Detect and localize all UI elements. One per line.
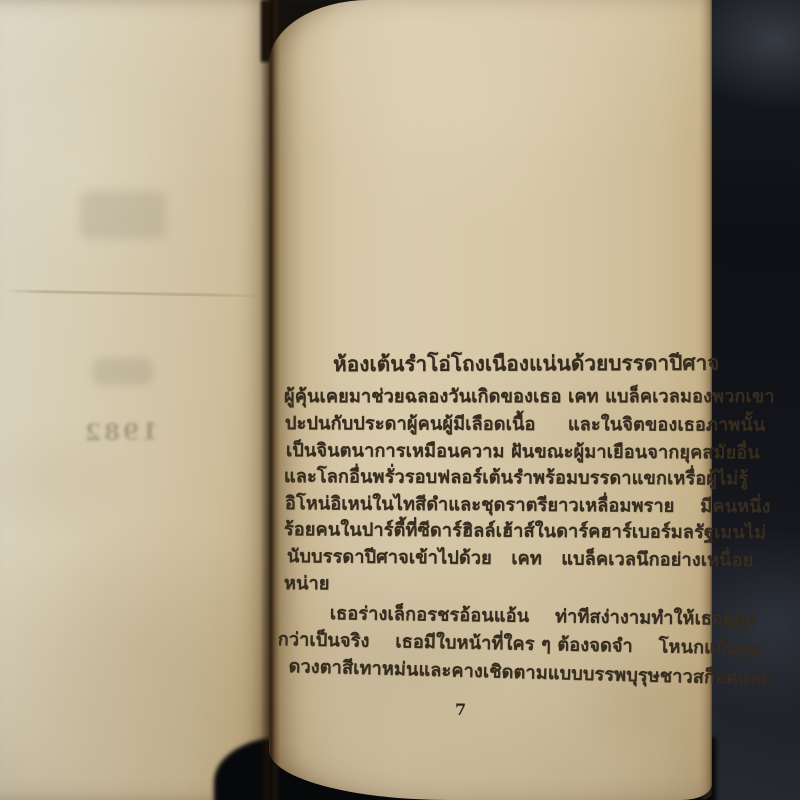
opening-line: ห้องเต้นรำโอ่โถงเนืองแน่นด้วยบรรดาปีศาจ [333, 347, 720, 381]
book-photo: 1982 ห้องเต้นรำโอ่โถงเนืองแน่นด้วยบรรดาป… [0, 0, 800, 800]
show-through-mark [93, 358, 153, 385]
text-line: ปะปนกับประดาผู้คนผู้มีเลือดเนื้อ และในจิ… [285, 408, 766, 439]
text-line: ผู้คุ้นเคยมาช่วยฉลองวันเกิดของเธอ เคท แบ… [284, 381, 775, 410]
left-page: 1982 [0, 0, 271, 800]
page-number: 7 [455, 700, 466, 719]
spine-gutter [260, 0, 280, 800]
text-line: นับบรรดาปีศาจเข้าไปด้วย เคท แบล็คเวลนึกอ… [287, 541, 754, 574]
show-through-mark [80, 191, 166, 239]
paper-crease [0, 289, 270, 297]
show-through-year: 1982 [70, 418, 171, 450]
text-line: หน่าย [284, 568, 330, 597]
